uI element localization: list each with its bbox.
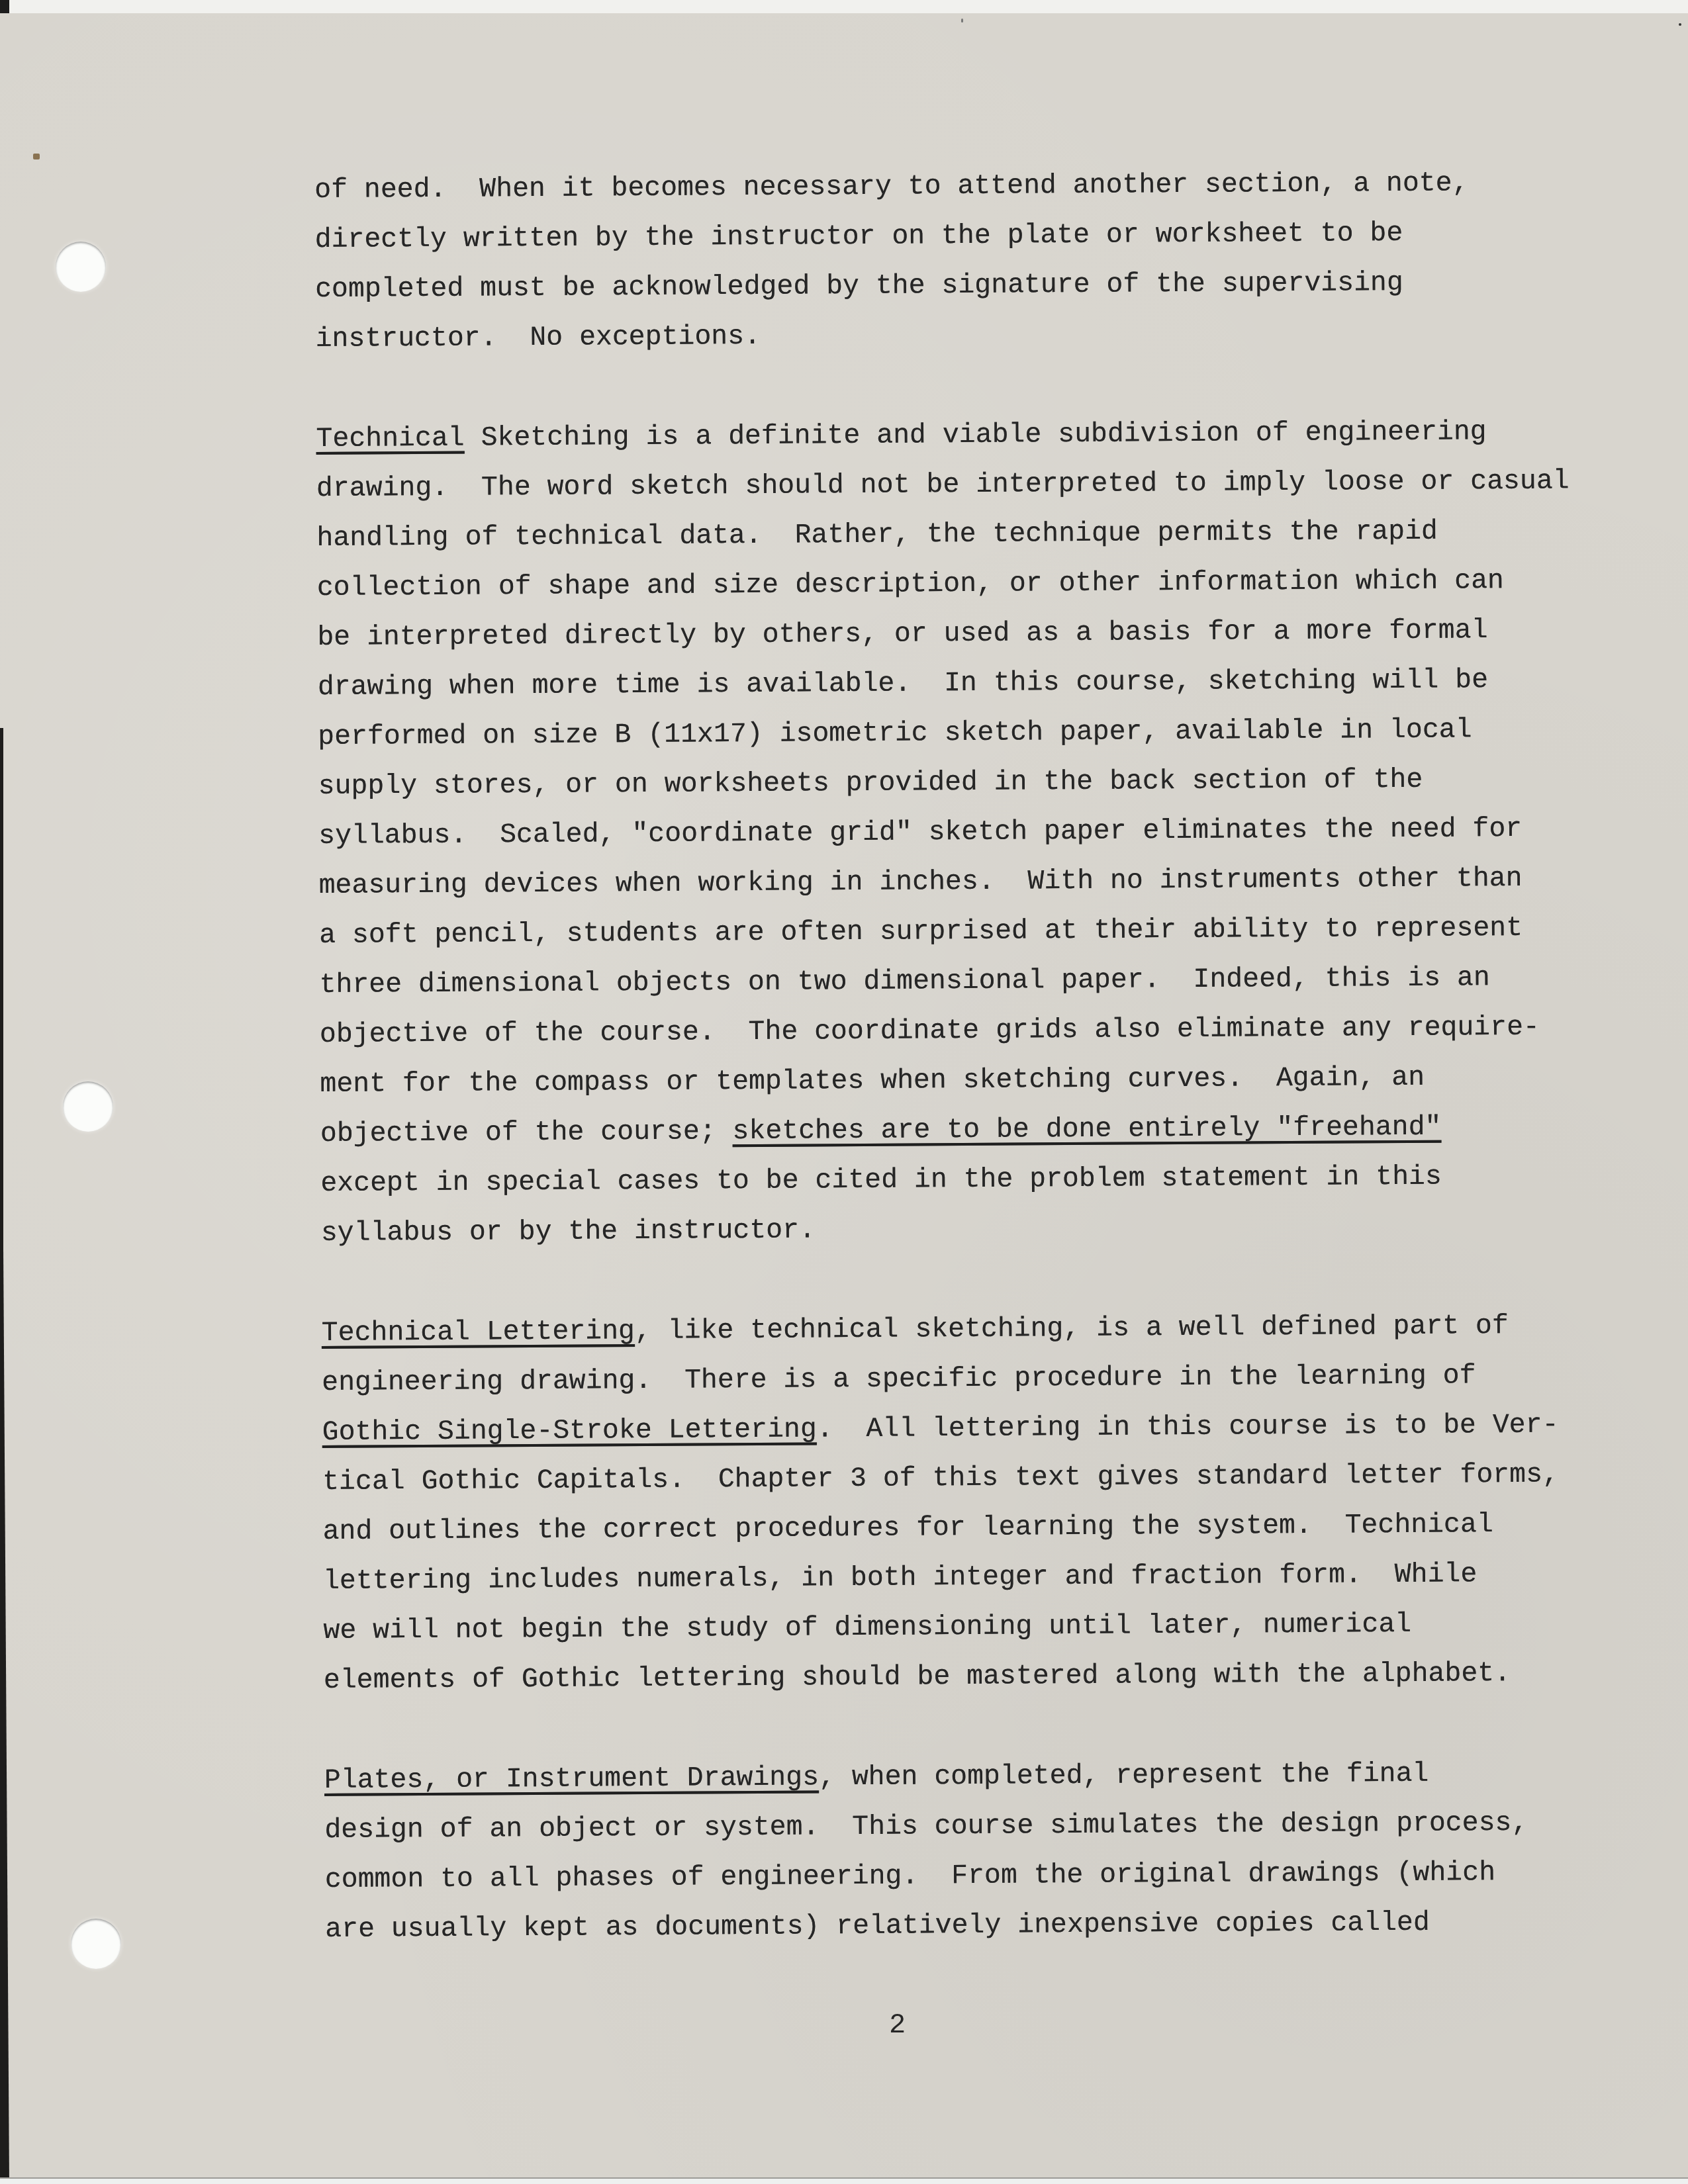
text-run: syllabus or by the instructor. [321,1214,816,1249]
underlined-term: Plates, or Instrument Drawings [324,1762,819,1796]
text-run: instructor. No exceptions. [315,321,761,355]
text-run: directly written by the instructor on th… [315,218,1403,255]
text-line: ment for the compass or templates when s… [320,1052,1611,1109]
paragraph-gap [324,1698,1615,1756]
text-run: except in special cases to be cited in t… [320,1161,1442,1199]
text-run: lettering includes numerals, in both int… [323,1559,1477,1597]
text-line: handling of technical data. Rather, the … [316,506,1607,563]
text-run: be interpreted directly by others, or us… [317,615,1487,653]
text-run: handling of technical data. Rather, the … [316,516,1438,554]
text-line: tical Gothic Capitals. Chapter 3 of this… [322,1449,1613,1507]
document-body: of need. When it becomes necessary to at… [314,158,1616,1954]
text-line: we will not begin the study of dimension… [323,1598,1614,1656]
text-run: are usually kept as documents) relativel… [325,1907,1430,1945]
text-line: except in special cases to be cited in t… [320,1151,1611,1208]
scan-left-edge-fill [0,728,3,2184]
text-run: common to all phases of engineering. Fro… [325,1857,1495,1895]
underlined-term: Gothic Single-Stroke Lettering [322,1414,817,1448]
paper-speck [1679,23,1681,26]
text-line: objective of the course; sketches are to… [320,1101,1611,1159]
text-run: elements of Gothic lettering should be m… [324,1658,1511,1696]
text-line: a soft pencil, students are often surpri… [319,903,1610,960]
text-run: supply stores, or on worksheets provided… [318,764,1423,802]
text-run: drawing when more time is available. In … [318,664,1488,703]
text-line: syllabus or by the instructor. [321,1201,1612,1258]
text-line: Technical Sketching is a definite and vi… [316,406,1607,464]
text-line: Plates, or Instrument Drawings, when com… [324,1748,1615,1805]
text-line: engineering drawing. There is a specific… [322,1350,1613,1408]
text-line: drawing when more time is available. In … [318,655,1609,712]
text-line: common to all phases of engineering. Fro… [325,1847,1616,1905]
text-line: completed must be acknowledged by the si… [315,257,1606,314]
text-run: measuring devices when working in inches… [319,863,1523,901]
text-run: Sketching is a definite and viable subdi… [465,416,1487,453]
text-line: Gothic Single-Stroke Lettering. All lett… [322,1400,1613,1457]
text-run: collection of shape and size description… [317,565,1504,604]
text-run: engineering drawing. There is a specific… [322,1360,1476,1398]
punch-hole-middle [63,1081,113,1132]
text-line: drawing. The word sketch should not be i… [316,456,1607,514]
text-line: supply stores, or on worksheets provided… [318,754,1609,811]
underlined-term: sketches are to be done entirely "freeha… [732,1112,1441,1148]
underlined-term: Technical Lettering [322,1316,635,1349]
text-run: syllabus. Scaled, "coordinate grid" sket… [318,813,1522,852]
punch-hole-top [56,242,106,292]
scan-corner-shadow [0,0,9,13]
text-run: we will not begin the study of dimension… [323,1609,1411,1647]
text-line: lettering includes numerals, in both int… [323,1549,1614,1606]
text-line: performed on size B (11x17) isometric sk… [318,704,1609,762]
text-run: tical Gothic Capitals. Chapter 3 of this… [322,1459,1559,1498]
text-line: of need. When it becomes necessary to at… [314,158,1605,215]
paragraph-gap [321,1250,1612,1308]
paragraph-technical-lettering: Technical Lettering, like technical sket… [322,1300,1615,1706]
paragraph-gap [316,356,1607,414]
paragraph-plates: Plates, or Instrument Drawings, when com… [324,1748,1617,1954]
paragraph-technical-sketching: Technical Sketching is a definite and vi… [316,406,1612,1258]
text-run: performed on size B (11x17) isometric sk… [318,714,1472,752]
text-line: syllabus. Scaled, "coordinate grid" sket… [318,803,1609,861]
text-run: ment for the compass or templates when s… [320,1062,1425,1100]
text-run: and outlines the correct procedures for … [322,1509,1493,1547]
paragraph-attendance: of need. When it becomes necessary to at… [314,158,1607,364]
text-run: , like technical sketching, is a well de… [635,1310,1509,1347]
text-line: and outlines the correct procedures for … [322,1499,1613,1557]
text-line: be interpreted directly by others, or us… [317,605,1608,662]
page-number: 2 [889,2005,906,2045]
text-line: design of an object or system. This cour… [324,1797,1615,1855]
text-line: collection of shape and size description… [317,555,1608,613]
text-run: completed must be acknowledged by the si… [315,267,1403,305]
text-run: drawing. The word sketch should not be i… [316,465,1570,504]
text-run: . All lettering in this course is to be … [817,1410,1559,1445]
paper-speck [33,154,40,159]
text-line: measuring devices when working in inches… [318,853,1609,911]
scan-bottom-margin [0,2177,1688,2184]
text-run: a soft pencil, students are often surpri… [319,913,1523,951]
text-run: objective of the course; [320,1116,733,1150]
text-run: design of an object or system. This cour… [324,1807,1528,1846]
scan-top-margin [0,0,1688,13]
text-line: directly written by the instructor on th… [314,207,1605,265]
text-line: are usually kept as documents) relativel… [325,1897,1616,1954]
underlined-term: Technical [316,423,464,455]
paper-speck [961,19,963,23]
text-line: elements of Gothic lettering should be m… [324,1648,1615,1706]
text-line: objective of the course. The coordinate … [320,1002,1611,1060]
punch-hole-bottom [71,1919,121,1969]
text-run: three dimensional objects on two dimensi… [319,962,1489,1001]
text-line: Technical Lettering, like technical sket… [322,1300,1613,1358]
text-line: instructor. No exceptions. [315,306,1606,364]
text-run: of need. When it becomes necessary to at… [314,167,1469,206]
text-run: , when completed, represent the final [819,1758,1429,1794]
text-run: objective of the course. The coordinate … [320,1012,1540,1050]
text-line: three dimensional objects on two dimensi… [319,952,1610,1010]
